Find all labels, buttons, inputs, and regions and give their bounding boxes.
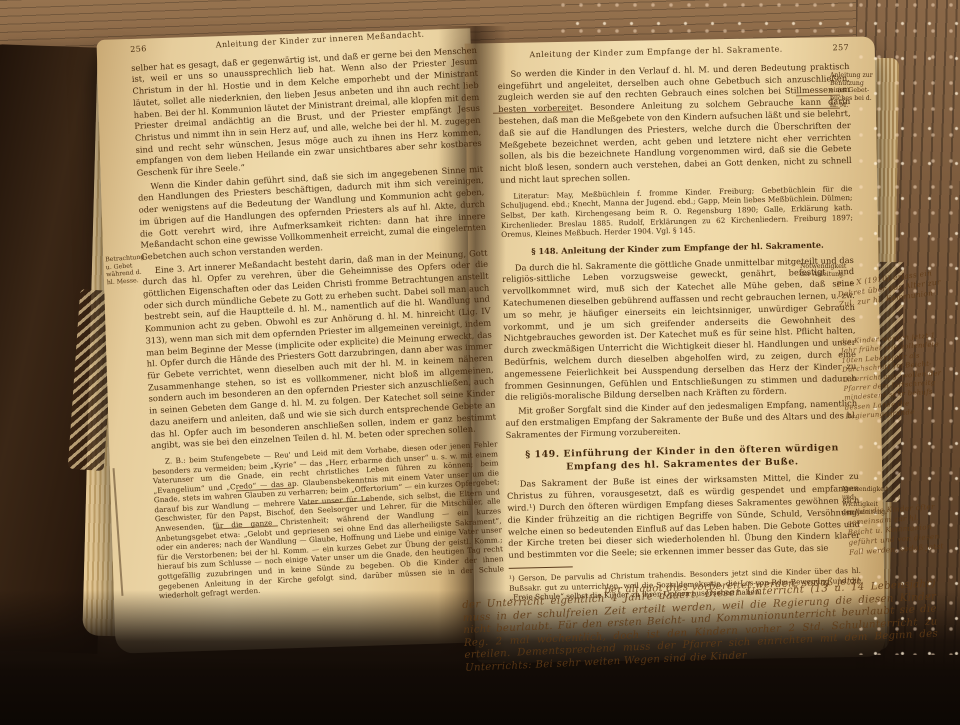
section-149-paragraph: Das Sakrament der Buße ist eines der wir… [507,471,861,562]
left-fine-print: Z. B.: beim Stufengebete — Reu' und Leid… [152,439,505,601]
left-paragraph-2: Wenn die Kinder dahin geführt sind, daß … [137,163,487,263]
water-droplets-top [560,0,860,36]
left-page-number: 256 [130,42,165,55]
left-page-text: 256 Anleitung der Kinder zur inneren Meß… [130,26,505,603]
right-margin-note-2: Notwendigkeit der Anleitung. [800,263,848,278]
right-page-number: 257 [815,42,849,55]
literature-paragraph: Literatur: May, Meßbüchlein f. fromme Ki… [500,184,853,240]
photo-open-book-on-table: 256 Anleitung der Kinder zur inneren Meß… [0,0,960,725]
handwritten-margin-note-2: die Kinder werden jetzt 1 Jahr früher wi… [840,331,948,423]
right-margin-note-1: Anleitung zur Benützung eines Gebet­buch… [830,72,874,110]
left-margin-note: Betrachtung u. Gebet während d. hl. Mess… [105,254,145,287]
left-paragraph-1: selber hat es gesagt, daß er gegenwärtig… [131,45,483,180]
handwritten-margin-note-3: sollen die Kinder öfter gemeinsam zur hl… [846,501,947,558]
footnote-rule [509,566,573,568]
left-paragraph-3: Eine 3. Art innerer Meßandacht besteht d… [142,247,497,452]
section-149-heading: § 149. Einführung der Kinder in den öfte… [506,441,858,475]
right-page-text: Anleitung der Kinder zum Empfange der hl… [497,42,861,605]
right-paragraph-1: So werden die Kinder in den Verlauf d. h… [497,61,852,187]
section-148-paragraph-2: Mit großer Sorgfalt sind die Kinder auf … [505,398,858,441]
